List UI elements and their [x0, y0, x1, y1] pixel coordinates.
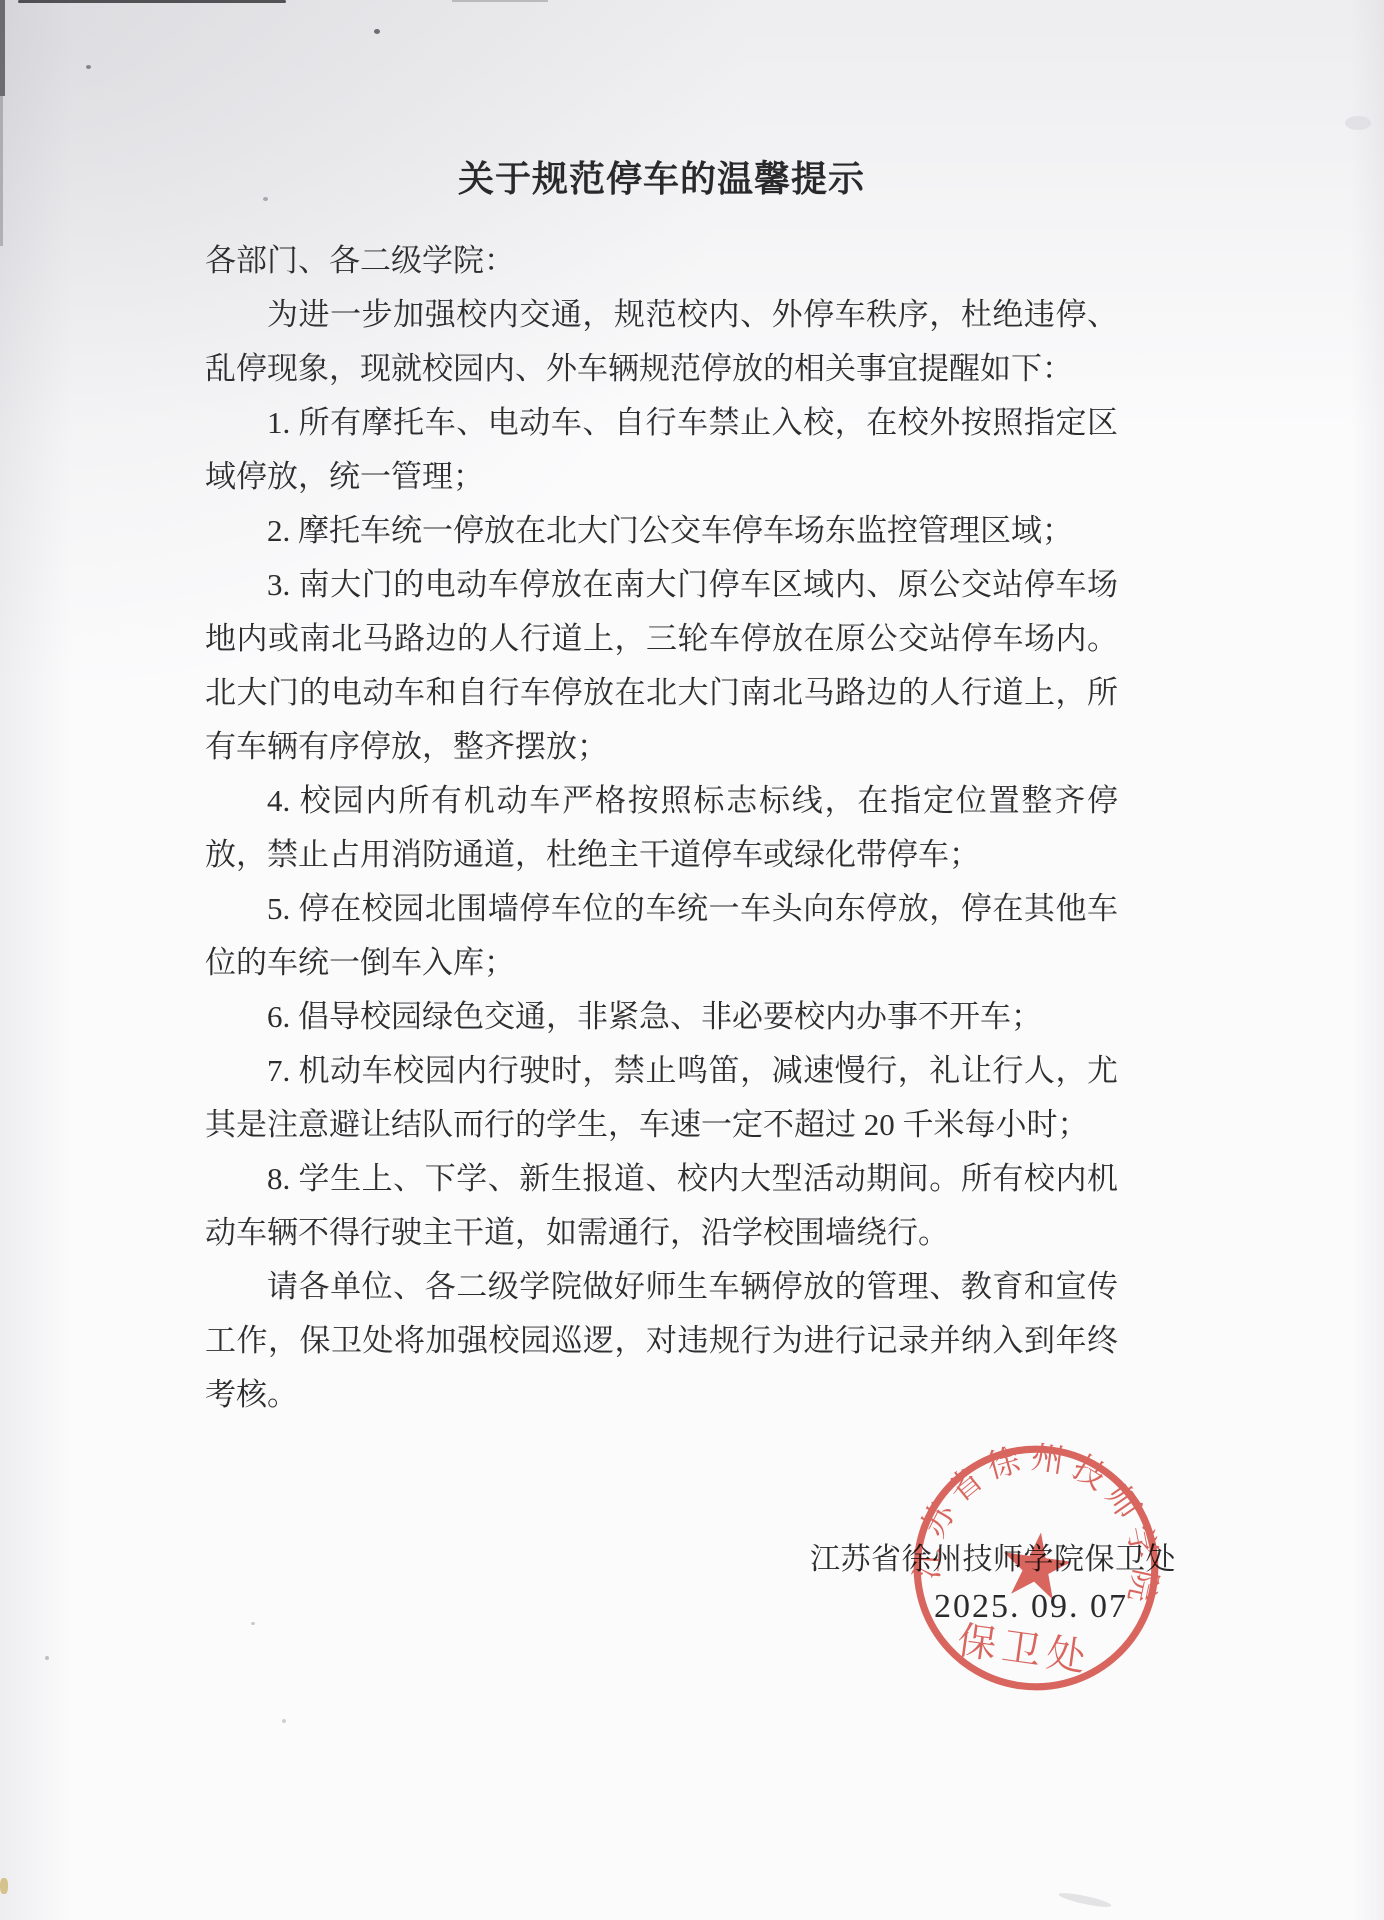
notice-item-5: 5. 停在校园北围墙停车位的车统一车头向东停放，停在其他车位的车统一倒车入库； — [205, 882, 1118, 990]
scan-speck — [0, 1878, 8, 1894]
scan-edge-line — [0, 0, 5, 96]
notice-body: 关于规范停车的温馨提示 各部门、各二级学院： 为进一步加强校内交通，规范校内、外… — [205, 146, 1118, 1422]
salutation: 各部门、各二级学院： — [205, 234, 1118, 288]
scan-smudge — [1058, 1890, 1112, 1909]
scan-edge-line — [18, 0, 286, 3]
scan-smudge — [1345, 116, 1371, 130]
notice-item-1: 1. 所有摩托车、电动车、自行车禁止入校，在校外按照指定区域停放，统一管理； — [205, 396, 1118, 504]
paper-edge-shadow — [0, 0, 72, 1920]
scan-speck — [251, 1622, 255, 1625]
notice-item-2: 2. 摩托车统一停放在北大门公交车停车场东监控管理区域； — [205, 504, 1118, 558]
notice-item-3: 3. 南大门的电动车停放在南大门停车区域内、原公交站停车场地内或南北马路边的人行… — [205, 558, 1118, 774]
intro-paragraph: 为进一步加强校内交通，规范校内、外停车秩序，杜绝违停、乱停现象，现就校园内、外车… — [205, 288, 1118, 396]
paper-edge-shadow — [1350, 0, 1384, 1920]
notice-item-8: 8. 学生上、下学、新生报道、校内大型活动期间。所有校内机动车辆不得行驶主干道，… — [205, 1152, 1118, 1260]
scanned-document: 关于规范停车的温馨提示 各部门、各二级学院： 为进一步加强校内交通，规范校内、外… — [0, 0, 1384, 1920]
page-title: 关于规范停车的温馨提示 — [205, 146, 1118, 212]
notice-item-6: 6. 倡导校园绿色交通，非紧急、非必要校内办事不开车； — [205, 990, 1118, 1044]
stamp-star — [998, 1528, 1075, 1602]
scan-speck — [374, 29, 380, 34]
official-stamp: 江苏省徐州技师学院 保卫处 — [891, 1423, 1180, 1712]
notice-item-7: 7. 机动车校园内行驶时，禁止鸣笛，减速慢行，礼让行人，尤其是注意避让结队而行的… — [205, 1044, 1118, 1152]
scan-edge-line — [0, 96, 3, 246]
notice-item-4: 4. 校园内所有机动车严格按照标志标线，在指定位置整齐停放，禁止占用消防通道，杜… — [205, 774, 1118, 882]
scan-speck — [282, 1719, 286, 1723]
scan-speck — [86, 65, 91, 69]
scan-speck — [45, 1656, 49, 1660]
scan-edge-line — [452, 0, 548, 2]
closing-paragraph: 请各单位、各二级学院做好师生车辆停放的管理、教育和宣传工作，保卫处将加强校园巡逻… — [205, 1260, 1118, 1422]
